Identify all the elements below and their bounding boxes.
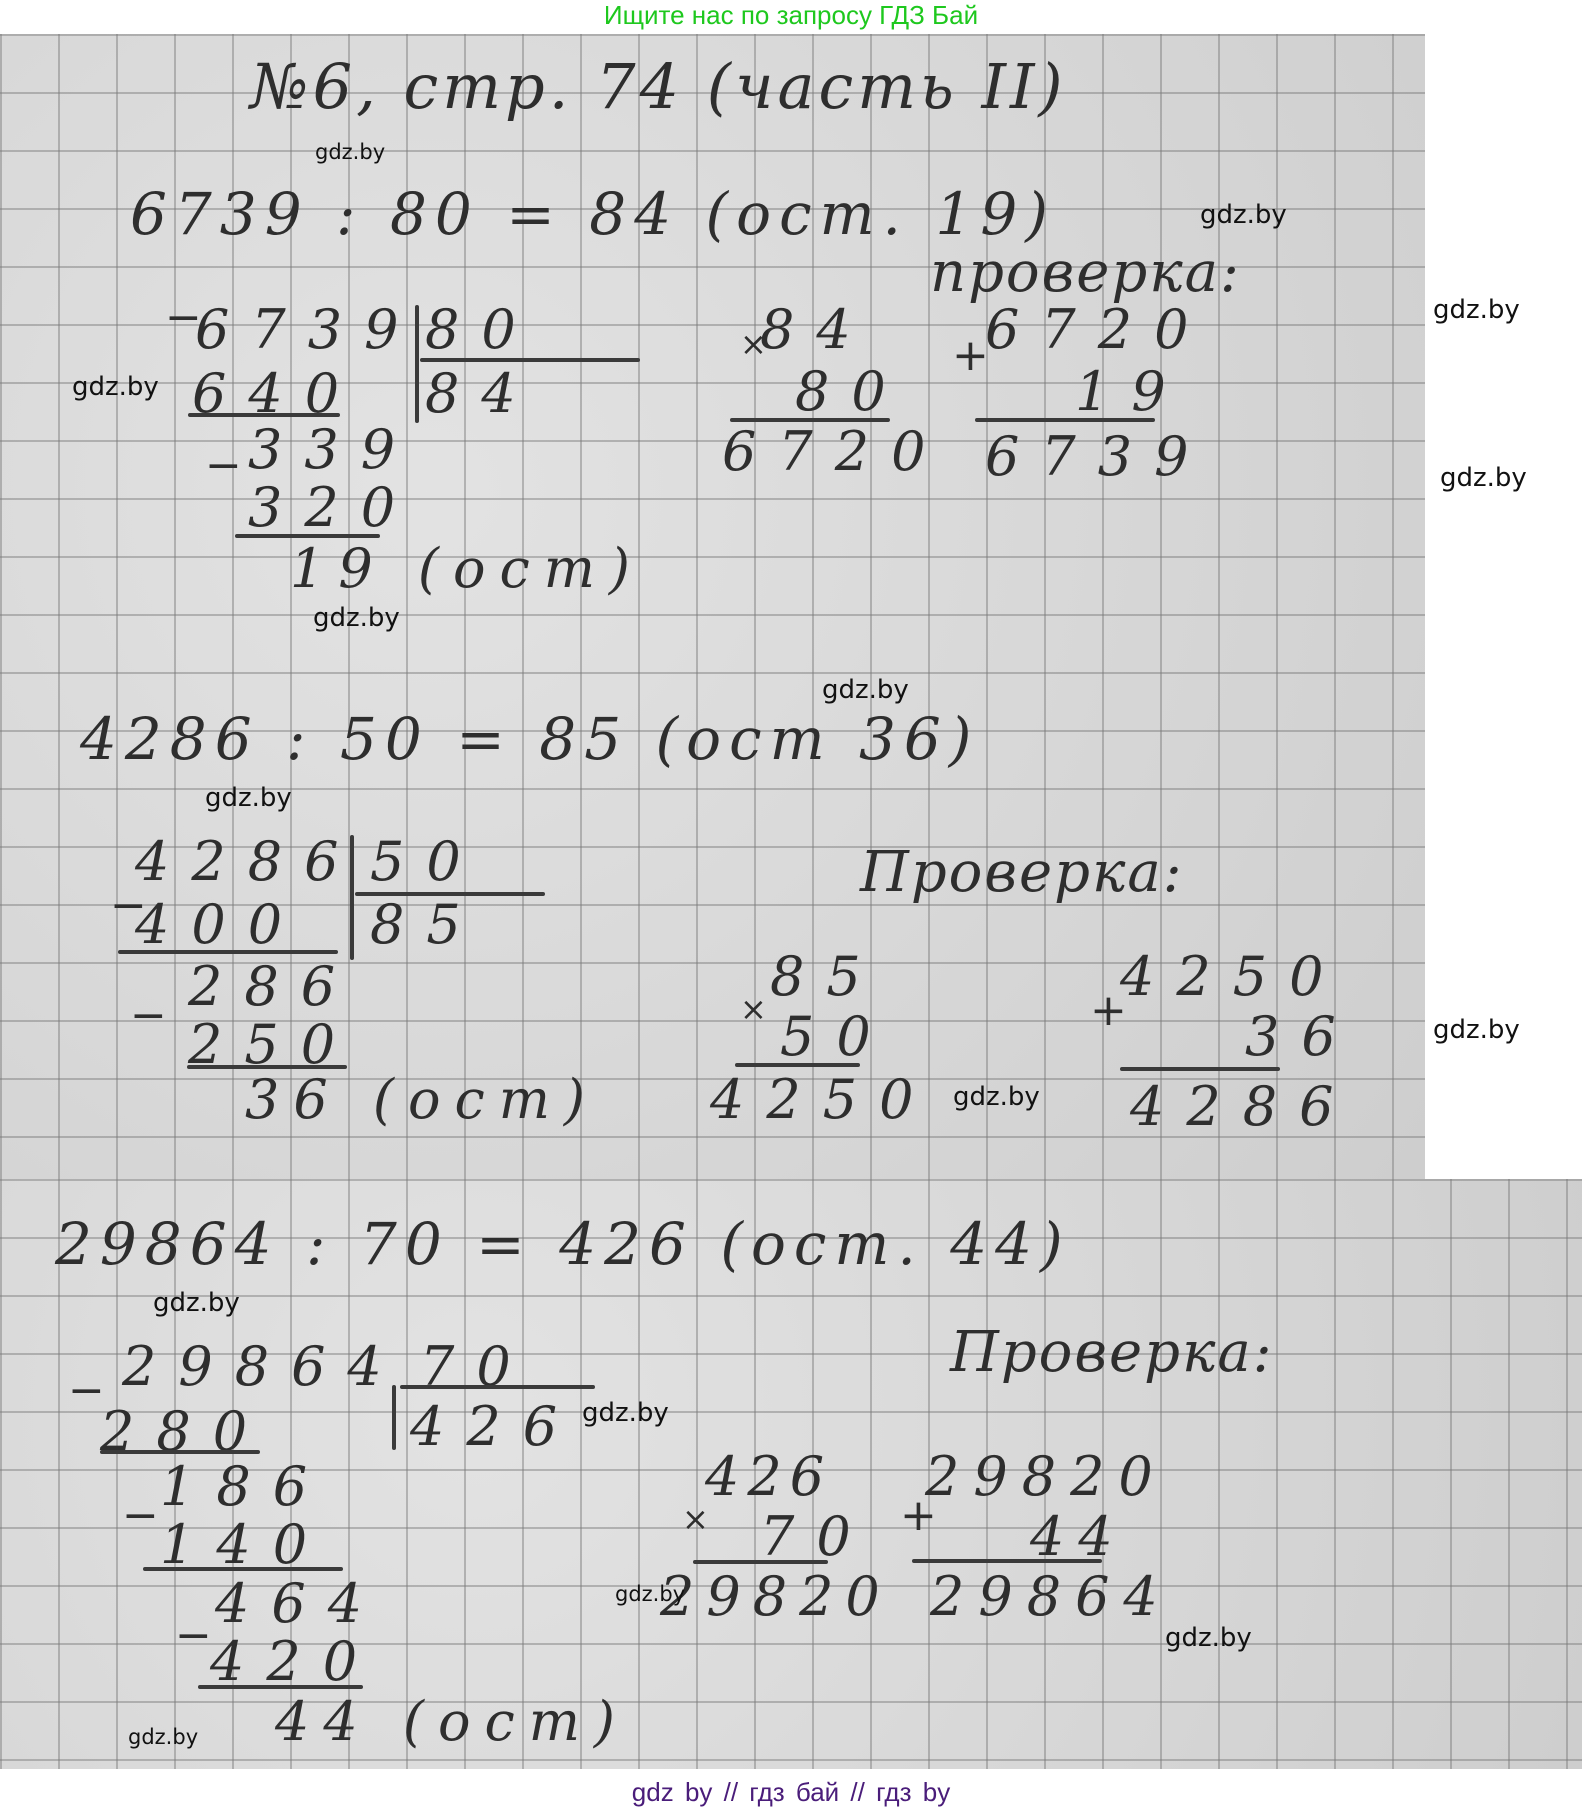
minus-sign: −	[130, 990, 167, 1041]
addend-a: 4250	[1120, 945, 1345, 1008]
check-label-2: Проверка:	[860, 840, 1184, 905]
sum: 6739	[985, 425, 1210, 488]
quotient: 84	[425, 362, 538, 425]
division-bar	[415, 305, 419, 423]
step: 186	[160, 1455, 329, 1518]
factor-b: 50	[780, 1005, 893, 1068]
step: 420	[210, 1630, 379, 1693]
sum-underline	[912, 1559, 1102, 1563]
factor-b: 70	[760, 1505, 873, 1568]
quotient: 85	[370, 893, 483, 956]
watermark: gdz.by	[953, 1082, 1040, 1112]
step: 400	[135, 893, 304, 956]
quotient: 426	[410, 1395, 579, 1458]
product: 29820	[660, 1565, 892, 1628]
dividend: 6739	[195, 298, 420, 361]
watermark: gdz.by	[153, 1288, 240, 1318]
addend-a: 6720	[985, 298, 1210, 361]
product: 4250	[710, 1068, 935, 1131]
minus-sign: −	[175, 1610, 212, 1661]
factor-b: 80	[795, 360, 908, 423]
addend-a: 29820	[925, 1445, 1167, 1508]
remainder: 19 (ост)	[290, 537, 644, 600]
step-underline	[100, 1450, 260, 1454]
watermark: gdz.by	[1440, 463, 1527, 493]
watermark: gdz.by	[582, 1398, 669, 1428]
footer-links: gdz by // гдз бай // гдз by	[0, 1772, 1582, 1813]
addend-b: 36	[1245, 1005, 1358, 1068]
division-bar	[350, 835, 354, 960]
exercise-title: №6, стр. 74 (часть II)	[250, 50, 1067, 123]
product: 6720	[722, 420, 947, 483]
factor-a: 426	[705, 1445, 832, 1508]
watermark: gdz.by	[1200, 200, 1287, 230]
remainder: 44 (ост)	[275, 1690, 629, 1753]
product-underline	[735, 1063, 860, 1067]
equation-3: 29864 : 70 = 426 (ост. 44)	[55, 1210, 1071, 1278]
sum-underline	[1120, 1067, 1280, 1071]
step: 464	[215, 1572, 384, 1635]
step-underline	[198, 1685, 363, 1689]
watermark: gdz.by	[1165, 1623, 1252, 1653]
step-underline	[118, 950, 338, 954]
search-banner: Ищите нас по запросу ГДЗ Бай	[0, 0, 1582, 32]
watermark: gdz.by	[1433, 295, 1520, 325]
factor-a: 84	[760, 298, 873, 361]
watermark: gdz.by	[72, 372, 159, 402]
watermark: gdz.by	[128, 1725, 198, 1749]
watermark: gdz.by	[205, 783, 292, 813]
sum: 4286	[1130, 1075, 1355, 1138]
step: 286	[188, 955, 357, 1018]
addend-b: 19	[1075, 360, 1188, 423]
times-sign: ×	[740, 990, 767, 1028]
watermark: gdz.by	[315, 140, 385, 164]
divisor: 50	[370, 830, 483, 893]
check-label-3: Проверка:	[950, 1320, 1274, 1385]
division-bar	[392, 1385, 396, 1450]
remainder: 36 (ост)	[245, 1068, 599, 1131]
sum: 29864	[930, 1565, 1172, 1628]
step-underline	[188, 413, 340, 417]
step: 339	[248, 418, 417, 481]
divisor-underline	[400, 1385, 595, 1389]
step: 320	[248, 476, 417, 539]
watermark: gdz.by	[615, 1582, 685, 1606]
factor-a: 85	[770, 945, 883, 1008]
dividend: 4286	[135, 830, 360, 893]
check-label-1: проверка:	[930, 240, 1241, 305]
step-underline	[143, 1567, 343, 1571]
equation-2: 4286 : 50 = 85 (ост 36)	[80, 705, 979, 773]
equation-1: 6739 : 80 = 84 (ост. 19)	[130, 180, 1056, 248]
watermark: gdz.by	[313, 603, 400, 633]
sum-underline	[975, 418, 1155, 422]
product-underline	[693, 1560, 828, 1564]
divisor: 80	[425, 298, 538, 361]
watermark: gdz.by	[1433, 1015, 1520, 1045]
dividend: 29864	[122, 1335, 404, 1398]
minus-sign: −	[205, 440, 242, 491]
watermark: gdz.by	[822, 675, 909, 705]
plus-sign: +	[952, 330, 989, 381]
minus-sign: −	[122, 1490, 159, 1541]
